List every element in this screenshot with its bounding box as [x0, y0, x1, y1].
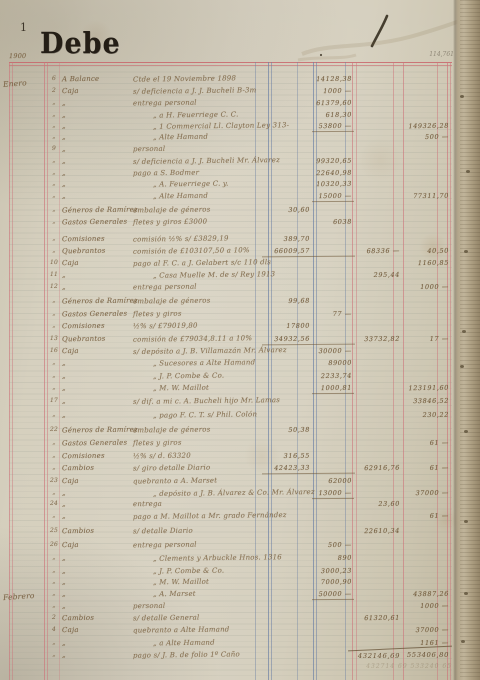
- sum-line: [312, 393, 354, 394]
- row-account: „: [62, 169, 66, 177]
- amount-m1: 295,44: [354, 271, 400, 280]
- row-day: „: [46, 359, 62, 366]
- row-account: „: [62, 271, 66, 279]
- amount-m2: 500 —: [400, 133, 449, 142]
- row-description: „ depósito a J. B. Álvarez & Co. Mr. Álv…: [153, 488, 315, 498]
- amount-m1: 33732,82: [354, 335, 400, 344]
- head-rule-red-2: [9, 65, 452, 66]
- row-description: personal: [133, 145, 165, 153]
- row-day: 13: [46, 335, 62, 342]
- row-day: „: [46, 322, 62, 329]
- row-description: „ Sucesores a Alte Hamand: [153, 358, 255, 367]
- row-description: entrega personal: [133, 99, 197, 108]
- month-label: Febrero: [3, 591, 35, 602]
- row-day: 2: [46, 614, 62, 621]
- row-account: Caja: [62, 477, 79, 485]
- row-description: ½% s/ d. 63320: [133, 452, 191, 461]
- page-edge-speck: [464, 250, 468, 253]
- column-rule: [297, 62, 298, 680]
- sum-line: [312, 201, 354, 202]
- row-description: quebranto a A. Marset: [133, 476, 217, 485]
- amount-d2: 99320,65: [308, 157, 352, 166]
- total-column-2: 553406,80: [400, 651, 449, 659]
- row-account: „: [62, 578, 66, 586]
- row-day: „: [46, 489, 62, 496]
- row-day: 17: [46, 397, 62, 404]
- row-day: „: [46, 567, 62, 574]
- amount-d2: 13000 —: [308, 489, 352, 498]
- row-description: embalaje de géneros: [133, 206, 211, 215]
- row-description: „ pago F. C. T. s/ Phil. Colón: [153, 410, 257, 419]
- amount-d2: 22640,98: [308, 169, 352, 178]
- amount-d2: 618,30: [308, 111, 352, 120]
- row-description: s/ detalle General: [133, 614, 199, 623]
- column-rule: [352, 62, 353, 680]
- column-rule: [447, 62, 448, 680]
- row-account: „: [62, 639, 66, 647]
- amount-m1: 23,60: [354, 500, 400, 509]
- row-day: 26: [46, 541, 62, 548]
- row-account: Comisiones: [62, 452, 105, 461]
- amount-m2: 37000 —: [400, 626, 449, 635]
- row-day: „: [46, 554, 62, 561]
- row-account: Caja: [62, 626, 79, 634]
- row-description: pago s/ J. B. de folio 1º Caño: [133, 650, 240, 659]
- row-description: embalaje de géneros: [133, 297, 211, 306]
- row-day: 12: [46, 283, 62, 290]
- month-label: Enero: [3, 78, 27, 89]
- column-rule: [393, 62, 394, 680]
- row-day: 24: [46, 500, 62, 507]
- row-account: „: [62, 122, 66, 130]
- row-description: fletes y giros £3000: [133, 218, 207, 227]
- amount-m2: 123191,60: [400, 384, 449, 393]
- amount-m2: 1000 —: [400, 283, 449, 292]
- page-edge-speck: [460, 95, 464, 98]
- amount-m2: 230,22: [400, 411, 449, 420]
- row-day: 11: [46, 271, 62, 278]
- amount-d2: 14128,38: [308, 75, 352, 84]
- row-description: „ a H. Feuerriege C. C.: [153, 110, 239, 119]
- row-day: „: [46, 235, 62, 242]
- sum-line: [312, 498, 354, 499]
- amount-d2: 77 —: [308, 310, 352, 319]
- amount-d2: 2233,74: [308, 372, 352, 381]
- row-description: „ Alte Hamand: [153, 192, 208, 201]
- page-edge-speck: [464, 592, 468, 595]
- row-description: „ A. Marset: [153, 590, 196, 599]
- row-description: „ a Alte Hamand: [153, 639, 215, 648]
- page-edge-speck: [464, 520, 468, 523]
- row-description: comisión ½% s/ £3829,19: [133, 234, 229, 243]
- page-edge-texture: [460, 0, 480, 680]
- row-description: quebranto a Alte Hamand: [133, 625, 230, 634]
- row-day: „: [46, 411, 62, 418]
- row-account: Gastos Generales: [62, 439, 127, 448]
- row-day: 9: [46, 145, 62, 152]
- row-description: „ 1 Commercial Ll. Clayton Ley 313-: [153, 121, 289, 131]
- amount-d2: 500 —: [308, 541, 352, 550]
- row-description: „ Alte Hamand: [153, 133, 208, 142]
- row-description: s/ deficiencia a J. J. Bucheli Mr. Álvar…: [133, 156, 280, 166]
- row-account: Cambios: [62, 527, 94, 535]
- column-rule: [316, 62, 317, 680]
- row-account: „: [62, 359, 66, 367]
- year-label: 1900: [9, 52, 26, 60]
- row-account: Comisiones: [62, 235, 105, 244]
- row-account: „: [62, 567, 66, 575]
- sum-line: [262, 256, 355, 258]
- row-day: „: [46, 452, 62, 459]
- page-edge-speck: [461, 640, 465, 643]
- amount-d2: 62000: [308, 477, 352, 486]
- row-day: „: [46, 206, 62, 213]
- amount-d2: 6038: [308, 218, 352, 227]
- row-description: pago a M. Maillot a Mr. grado Fernández: [133, 511, 287, 521]
- column-rule: [271, 62, 272, 680]
- row-day: „: [46, 157, 62, 164]
- amount-d2: 61379,60: [308, 99, 352, 108]
- amount-m2: 33846,52: [400, 397, 449, 406]
- amount-d1: 389,70: [258, 235, 310, 244]
- row-description: „ J. P. Combe & Co.: [153, 567, 224, 576]
- row-day: „: [46, 111, 62, 118]
- row-account: „: [62, 489, 66, 497]
- row-description: s/ deficiencia a J. J. Bucheli B-3m: [133, 86, 257, 96]
- row-description: „ J. P. Combe & Co.: [153, 372, 224, 381]
- row-account: Gastos Generales: [62, 218, 127, 227]
- row-account: Géneros de Ramírez: [62, 206, 138, 215]
- amount-m2: 149326,28: [400, 122, 449, 131]
- amount-m2: 37000 —: [400, 489, 449, 498]
- ink-flourish: [290, 8, 470, 78]
- row-description: s/ giro detalle Diario: [133, 464, 210, 473]
- row-account: Caja: [62, 259, 79, 267]
- row-day: „: [46, 439, 62, 446]
- page-edge-speck: [466, 170, 470, 173]
- row-description: personal: [133, 602, 165, 610]
- row-account: Caja: [62, 87, 79, 95]
- row-day: 4: [46, 626, 62, 633]
- page-edge-speck: [460, 365, 464, 368]
- amount-m2: 17 —: [400, 335, 449, 344]
- amount-m1: 62916,76: [354, 464, 400, 473]
- amount-d2: 890: [308, 554, 352, 563]
- amount-d2: 15000 —: [308, 192, 352, 201]
- row-day: „: [46, 297, 62, 304]
- row-account: „: [62, 99, 66, 107]
- column-rule: [356, 62, 357, 680]
- row-day: 23: [46, 477, 62, 484]
- column-rule: [437, 62, 438, 680]
- sum-line: [312, 131, 354, 132]
- page-title: Debe: [40, 27, 121, 60]
- row-account: „: [62, 157, 66, 165]
- amount-m1: 22610,34: [354, 527, 400, 536]
- amount-m2: 61 —: [400, 512, 449, 521]
- row-account: A Balance: [62, 75, 99, 83]
- amount-m2: 77311,70: [400, 192, 449, 201]
- row-day: „: [46, 169, 62, 176]
- row-account: „: [62, 133, 66, 141]
- column-rule: [450, 62, 451, 680]
- amount-m2: 43887,26: [400, 590, 449, 599]
- row-account: Caja: [62, 347, 79, 355]
- row-account: „: [62, 411, 66, 419]
- total-column-1: 432146,69: [354, 652, 400, 660]
- amount-m2: 1160,85: [400, 259, 449, 268]
- row-account: Caja: [62, 541, 79, 549]
- row-description: entrega: [133, 500, 162, 508]
- row-day: „: [46, 384, 62, 391]
- row-account: „: [62, 554, 66, 562]
- sum-line: [262, 473, 355, 475]
- amount-d1: 17800: [258, 322, 310, 331]
- row-description: „ A. Feuerriege C. y.: [153, 180, 229, 189]
- amount-d1: 99,68: [258, 297, 310, 306]
- row-description: „ M. W. Maillot: [153, 384, 209, 393]
- amount-m2: 61 —: [400, 464, 449, 473]
- amount-m2: 40,50: [400, 247, 449, 256]
- row-account: Géneros de Ramírez: [62, 297, 138, 306]
- row-account: Quebrantos: [62, 335, 106, 344]
- row-day: 10: [46, 259, 62, 266]
- row-account: Quebrantos: [62, 247, 106, 256]
- column-rule: [268, 62, 269, 680]
- column-rule: [9, 62, 10, 680]
- amount-d2: 1000,81: [308, 384, 352, 393]
- row-account: „: [62, 283, 66, 291]
- row-account: Gastos Generales: [62, 310, 127, 319]
- sum-line: [262, 344, 355, 346]
- row-day: „: [46, 578, 62, 585]
- row-account: „: [62, 384, 66, 392]
- row-day: „: [46, 651, 62, 658]
- row-description: s/ dif. a mi c. A. Bucheli hijo Mr. Lama…: [133, 396, 280, 406]
- row-description: s/ depósito a J. B. Villamazán Mr. Álvar…: [133, 346, 287, 356]
- row-account: „: [62, 397, 66, 405]
- row-day: 16: [46, 347, 62, 354]
- amount-d1: 50,38: [258, 426, 310, 435]
- row-day: 22: [46, 426, 62, 433]
- page-edge-speck: [464, 430, 468, 433]
- amount-d2: 1000 —: [308, 87, 352, 96]
- row-description: pago al F. C. a J. Gelabert s/c 110 dls: [133, 258, 271, 268]
- row-description: pago a S. Bodmer: [133, 169, 199, 178]
- amount-d1: 34932,56: [258, 335, 310, 344]
- row-account: Comisiones: [62, 322, 105, 331]
- amount-d2: 30000 —: [308, 347, 352, 356]
- amount-d2: 50000 —: [308, 590, 352, 599]
- row-account: „: [62, 651, 66, 659]
- row-account: Géneros de Ramírez: [62, 426, 138, 435]
- bleed-through-numbers: 432714 69 533240 65: [348, 663, 452, 670]
- row-account: „: [62, 602, 66, 610]
- column-rule: [12, 62, 13, 680]
- row-day: 25: [46, 527, 62, 534]
- row-description: Ctde el 19 Noviembre 1898: [133, 74, 236, 83]
- row-day: 6: [46, 75, 62, 82]
- amount-d1: 66009,57: [258, 247, 310, 256]
- row-description: ½% s/ £79019,80: [133, 322, 198, 331]
- row-account: Cambios: [62, 464, 94, 472]
- amount-d1: 30,60: [258, 206, 310, 215]
- head-rule-red: [9, 62, 452, 63]
- amount-d2: 89000: [308, 359, 352, 368]
- row-account: „: [62, 590, 66, 598]
- row-description: comisión de £103107,50 a 10%: [133, 246, 250, 255]
- row-day: „: [46, 99, 62, 106]
- row-account: „: [62, 500, 66, 508]
- row-description: „ M. W. Maillot: [153, 578, 209, 587]
- column-rule: [255, 62, 256, 680]
- row-description: fletes y giros: [133, 310, 182, 319]
- row-day: „: [46, 464, 62, 471]
- row-day: „: [46, 218, 62, 225]
- row-description: „ Clements y Arbuckle Hnos. 1316: [153, 553, 282, 563]
- row-day: „: [46, 310, 62, 317]
- column-rule: [313, 62, 314, 680]
- row-description: „ Casa Muelle M. de s/ Rey 1913: [153, 270, 275, 279]
- row-description: entrega personal: [133, 283, 197, 292]
- row-account: „: [62, 145, 66, 153]
- column-rule: [47, 62, 48, 680]
- row-day: „: [46, 133, 62, 140]
- ledger-page-scan: 1 Debe 1900 114,761 EneroFebrero6A Balan…: [0, 0, 480, 680]
- page-number: 1: [20, 21, 27, 34]
- amount-d2: 53800 —: [308, 122, 352, 131]
- row-account: „: [62, 372, 66, 380]
- row-day: 2: [46, 87, 62, 94]
- row-day: „: [46, 602, 62, 609]
- row-day: „: [46, 372, 62, 379]
- carry-forward-pencil: 114,761: [404, 51, 454, 58]
- amount-m1: 68336 —: [354, 247, 400, 256]
- row-description: fletes y giros: [133, 439, 182, 448]
- row-account: Cambios: [62, 614, 94, 622]
- row-description: embalaje de géneros: [133, 426, 211, 435]
- amount-d1: 316,55: [258, 452, 310, 461]
- row-account: „: [62, 192, 66, 200]
- amount-d1: 42423,33: [258, 464, 310, 473]
- row-description: s/ detalle Diario: [133, 527, 193, 536]
- amount-d2: 3000,23: [308, 567, 352, 576]
- row-day: „: [46, 122, 62, 129]
- row-description: entrega personal: [133, 541, 197, 550]
- row-day: „: [46, 192, 62, 199]
- row-day: „: [46, 247, 62, 254]
- row-account: „: [62, 111, 66, 119]
- row-day: „: [46, 639, 62, 646]
- row-description: comisión de £79034,8.11 a 10%: [133, 334, 252, 343]
- row-day: „: [46, 590, 62, 597]
- amount-d2: 7000,90: [308, 578, 352, 587]
- amount-m2: 1000 —: [400, 602, 449, 611]
- column-rule: [44, 62, 45, 680]
- row-day: „: [46, 512, 62, 519]
- amount-d2: 10320,33: [308, 180, 352, 189]
- amount-m1: 61320,61: [354, 614, 400, 623]
- row-account: „: [62, 512, 66, 520]
- sum-line: [312, 599, 354, 600]
- page-edge-speck: [462, 330, 466, 333]
- column-rule: [403, 62, 404, 680]
- amount-m2: 61 —: [400, 439, 449, 448]
- row-day: „: [46, 180, 62, 187]
- row-account: „: [62, 180, 66, 188]
